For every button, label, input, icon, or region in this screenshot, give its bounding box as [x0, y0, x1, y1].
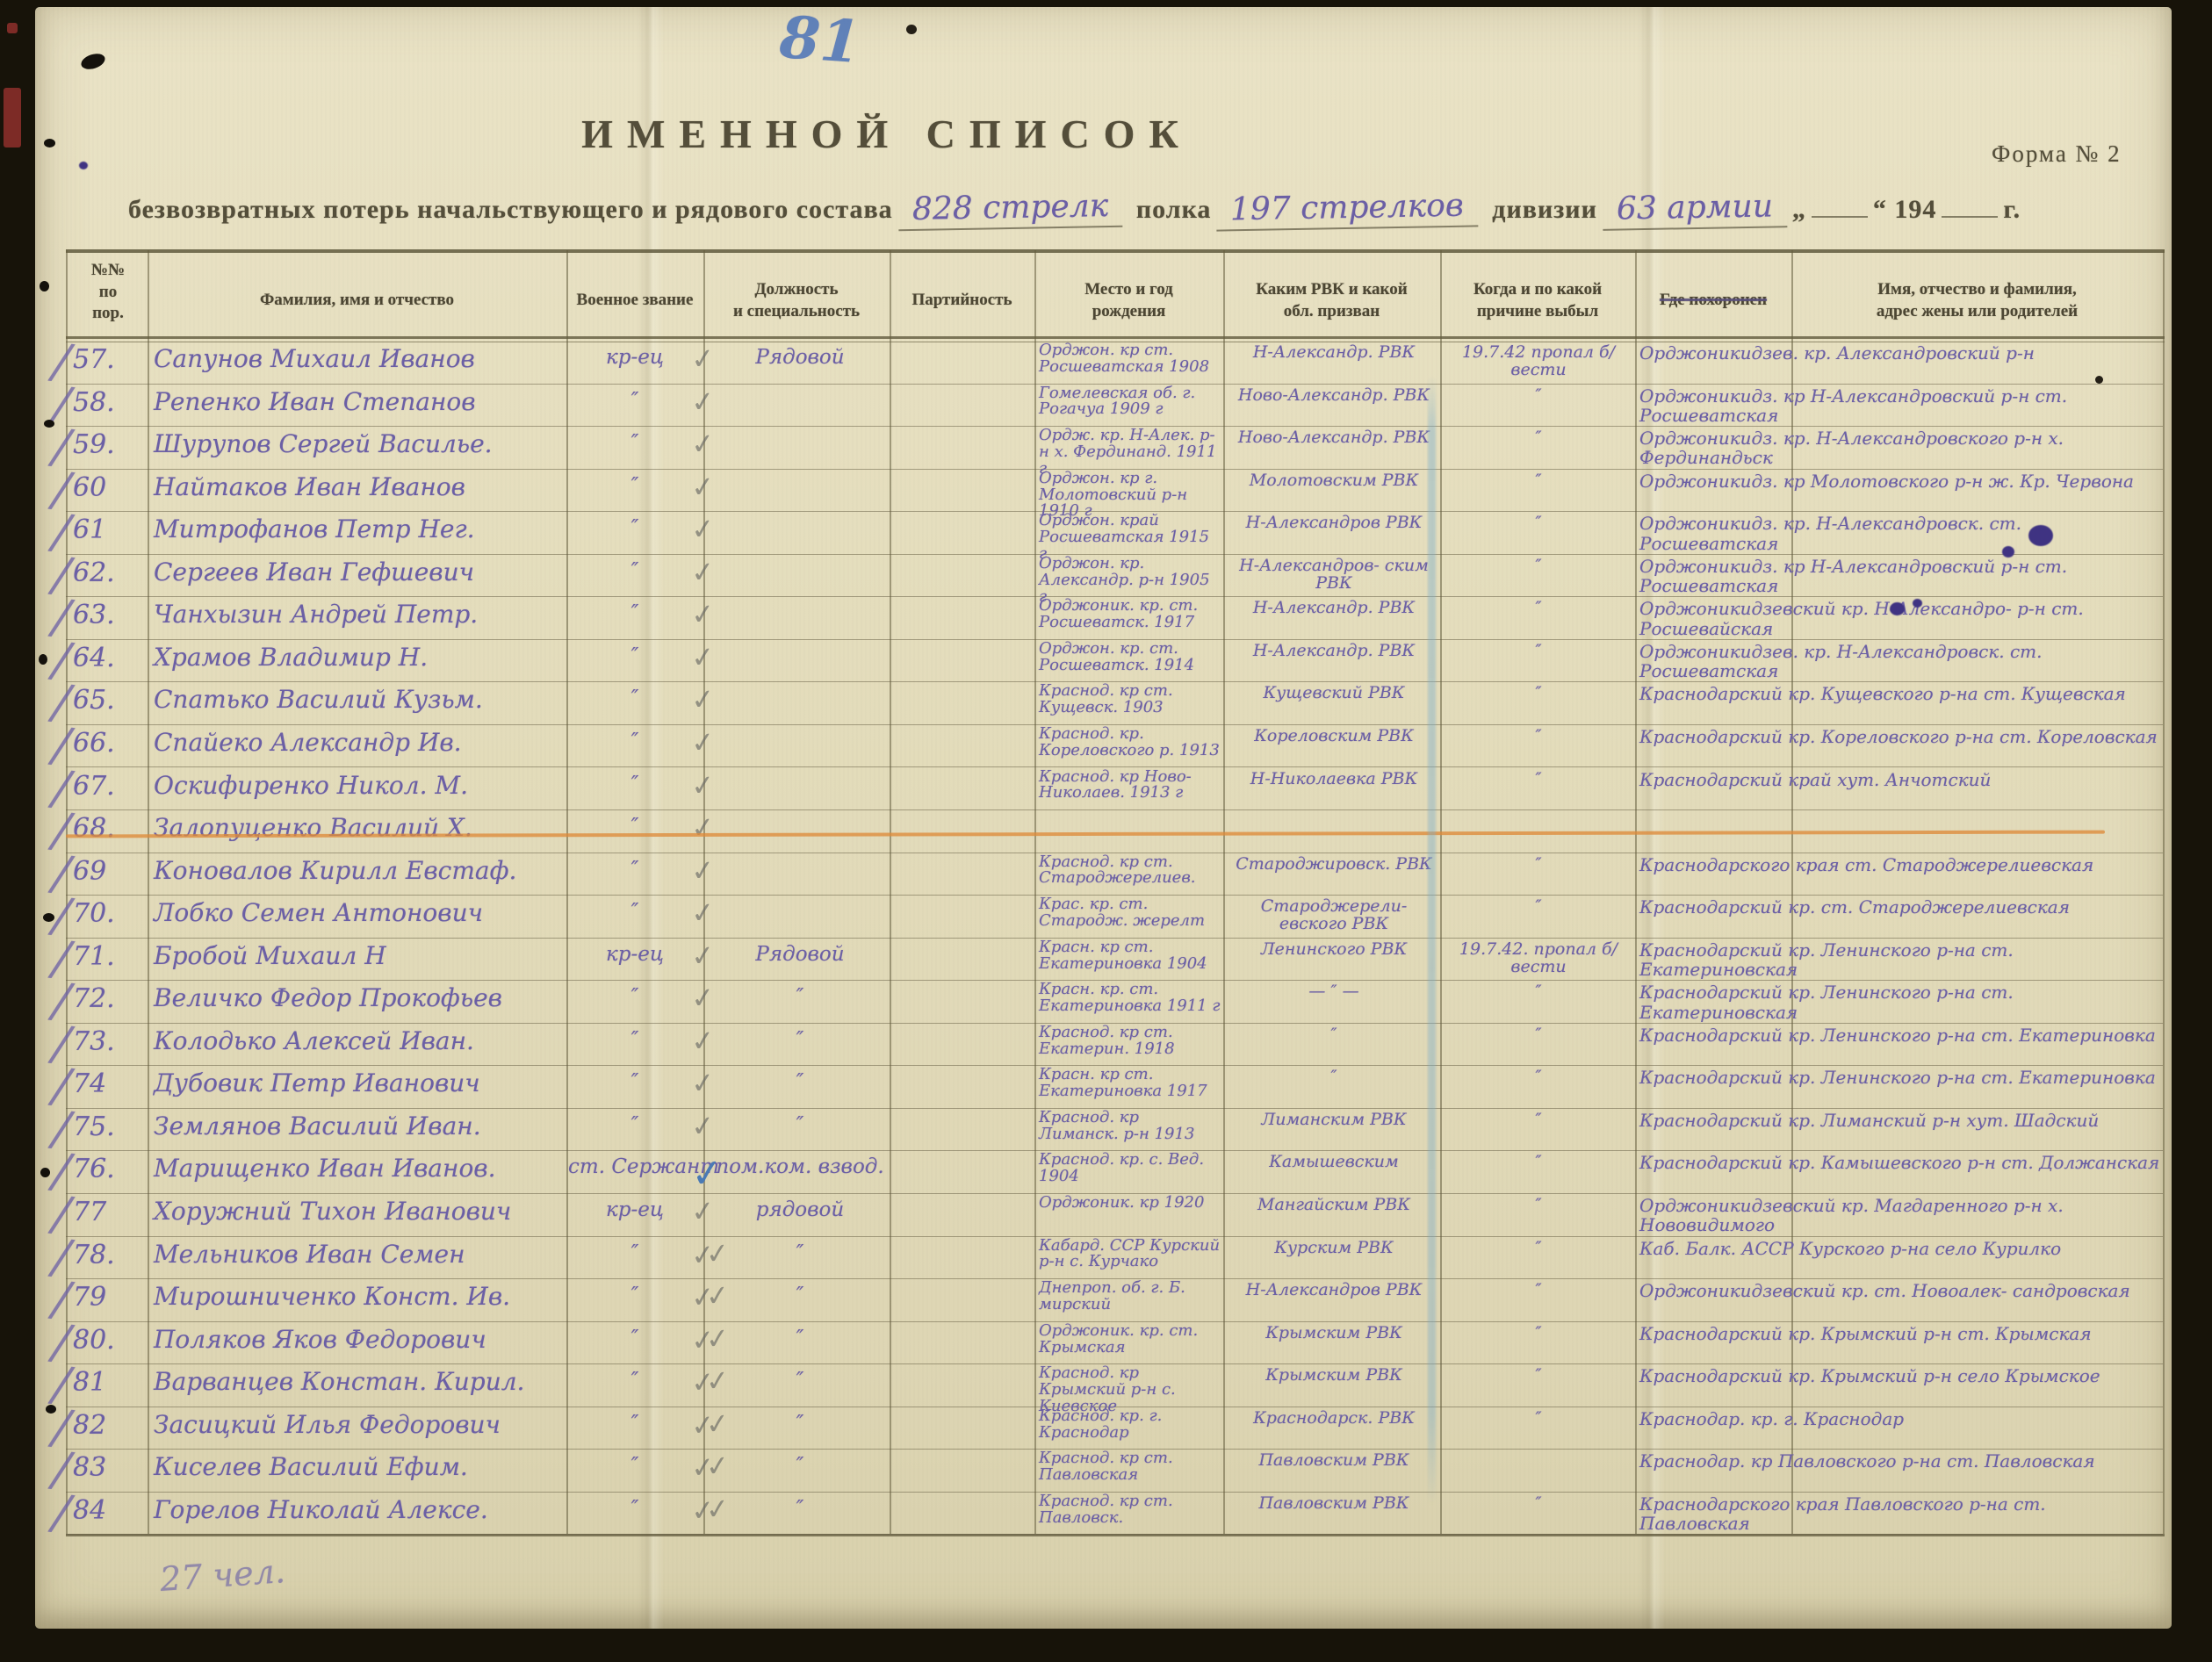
- row-rvk: Ново-Александр. РВК: [1231, 387, 1437, 405]
- row-birthplace: Краснод. кр. г. Краснодар: [1039, 1408, 1221, 1442]
- row-duty: рядовой: [709, 1198, 891, 1221]
- row-rvk: Староджировск. РВК: [1231, 856, 1437, 874]
- row-name: Спатько Василий Кузьм.: [154, 685, 568, 714]
- row-duty: ″: [709, 1070, 891, 1093]
- row-name: Величко Федор Прокофьев: [154, 983, 568, 1012]
- checkmark-icon: ✓: [689, 470, 708, 505]
- row-exit-reason: ″: [1448, 898, 1629, 916]
- row-duty: Рядовой: [709, 346, 891, 369]
- row-name: Сергеев Иван Гефшевич: [154, 558, 568, 586]
- table-row: / 65. Спатько Василий Кузьм. ″ ✓ Краснод…: [66, 681, 2163, 725]
- row-exit-reason: ″: [1448, 558, 1629, 575]
- row-birthplace: Крас. кр. ст. Стародж. жерелт: [1039, 896, 1221, 930]
- ink-blot: [1890, 602, 1905, 615]
- table-row: / 77 Хоружний Тихон Иванович кр-ец ✓ ряд…: [66, 1193, 2163, 1237]
- scanned-document: 81 Форма № 2 ИМЕННОЙ СПИСОК безвозвратны…: [0, 0, 2212, 1662]
- row-exit-reason: ″: [1448, 1282, 1629, 1299]
- row-rank: ″: [568, 730, 702, 752]
- row-exit-reason: 19.7.42. пропал б/вести: [1448, 941, 1629, 976]
- checkmark-icon: ✓: [689, 810, 708, 845]
- row-birthplace: Краснод. кр Лиманск. р-н 1913: [1039, 1110, 1221, 1143]
- row-number: 84: [73, 1495, 147, 1526]
- checkmark-icon: ✓: [689, 853, 708, 889]
- row-number: 72.: [73, 983, 147, 1014]
- row-duty: пом.ком. взвод.: [709, 1155, 891, 1178]
- row-duty: ″: [709, 1497, 891, 1520]
- checkmark-icon: ✓: [689, 939, 708, 974]
- row-rank: ″: [568, 389, 702, 412]
- table-row: / 72. Величко Федор Прокофьев ″ ✓ ″ Крас…: [66, 980, 2163, 1024]
- row-birthplace: Краснод. кр ст. Екатерин. 1918: [1039, 1025, 1221, 1058]
- row-name: Храмов Владимир Н.: [154, 643, 568, 672]
- row-address: Краснодарский кр. Крымский р-н ст. Крымс…: [1639, 1324, 2161, 1343]
- row-rvk: Н-Александр. РВК: [1231, 600, 1437, 617]
- row-rank: кр-ец: [568, 943, 702, 966]
- table-row: / 84 Горелов Николай Алексе. ″ ✓✓ ″ Крас…: [66, 1492, 2163, 1536]
- row-duty: ″: [709, 1241, 891, 1264]
- row-exit-reason: ″: [1448, 1026, 1629, 1044]
- row-rvk: Мангайским РВК: [1231, 1197, 1437, 1214]
- row-name: Бробой Михаил Н: [154, 941, 568, 970]
- row-rank: кр-ец: [568, 1198, 702, 1221]
- torn-edge-hole: [40, 281, 49, 291]
- row-address: Краснодарский кр. Кущевского р-на ст. Ку…: [1639, 684, 2161, 703]
- row-number: 78.: [73, 1240, 147, 1270]
- row-name: Чанхызин Андрей Петр.: [154, 600, 568, 629]
- row-duty: ″: [709, 1327, 891, 1349]
- row-name: Найтаков Иван Иванов: [154, 472, 568, 501]
- row-rvk: Н-Николаевка РВК: [1231, 771, 1437, 788]
- row-rank: ″: [568, 900, 702, 923]
- table-row: / 81 Варванцев Констан. Кирил. ″ ✓✓ ″ Кр…: [66, 1363, 2163, 1407]
- table-row: / 76. Марищенко Иван Иванов. ст. Сержант…: [66, 1150, 2163, 1194]
- row-rank: ″: [568, 1327, 702, 1349]
- row-birthplace: Днепроп. об. г. Б. мирский: [1039, 1280, 1221, 1313]
- row-birthplace: Красн. кр. ст. Екатериновка 1911 г: [1039, 982, 1221, 1015]
- row-exit-reason: ″: [1448, 472, 1629, 490]
- row-number: 58.: [73, 387, 147, 418]
- row-rank: ″: [568, 1497, 702, 1520]
- row-exit-reason: ″: [1448, 771, 1629, 788]
- row-rvk: Курским РВК: [1231, 1240, 1437, 1257]
- row-rvk: Н-Александров- ским РВК: [1231, 558, 1437, 593]
- row-address: Краснодарский кр. Ленинского р-на ст. Ек…: [1639, 1068, 2161, 1087]
- row-rank: ″: [568, 601, 702, 624]
- row-rvk: Н-Александров РВК: [1231, 1282, 1437, 1299]
- row-rvk: Лиманским РВК: [1231, 1112, 1437, 1129]
- row-duty: ″: [709, 1113, 891, 1136]
- row-name: Шурупов Сергей Василье.: [154, 429, 568, 458]
- row-birthplace: Кабард. ССР Курский р-н с. Курчако: [1039, 1238, 1221, 1271]
- row-rank: ст. Сержант: [568, 1155, 702, 1178]
- row-address: Орджоникидзев. кр. Александровский р-н: [1639, 343, 2161, 363]
- checkmark-icon: ✓: [689, 1194, 708, 1229]
- checkmark-icon: ✓: [689, 385, 708, 420]
- row-rvk: Камышевским: [1231, 1154, 1437, 1171]
- row-duty: Рядовой: [709, 943, 891, 966]
- paper-speck: [2095, 376, 2103, 384]
- table-row: / 74 Дубовик Петр Иванович ″ ✓ ″ Красн. …: [66, 1065, 2163, 1109]
- table-row: / 66. Спайеко Александр Ив. ″ ✓ Краснод.…: [66, 724, 2163, 768]
- row-rvk: Н-Александр. РВК: [1231, 344, 1437, 362]
- row-rvk: Н-Александр. РВК: [1231, 643, 1437, 660]
- row-exit-reason: ″: [1448, 1240, 1629, 1257]
- row-rvk: Крымским РВК: [1231, 1367, 1437, 1385]
- row-rank: ″: [568, 1454, 702, 1477]
- checkmark-icon: ✓: [689, 768, 708, 803]
- row-number: 66.: [73, 728, 147, 759]
- row-address: Орджоникидзевский кр. ст. Новоалек- санд…: [1639, 1281, 2161, 1300]
- table-row: / 69 Коновалов Кирилл Евстаф. ″ ✓ Красно…: [66, 853, 2163, 896]
- row-exit-reason: ″: [1448, 728, 1629, 745]
- row-name: Залопуценко Василий Х.: [154, 813, 568, 842]
- row-name: Варванцев Констан. Кирил.: [154, 1367, 568, 1396]
- row-exit-reason: ″: [1448, 1325, 1629, 1342]
- row-number: 61: [73, 514, 147, 545]
- row-birthplace: Орджон. кр. ст. Росшеватск. 1914: [1039, 641, 1221, 674]
- table-row: / 79 Мирошниченко Конст. Ив. ″ ✓✓ ″ Днеп…: [66, 1278, 2163, 1322]
- row-rank: ″: [568, 1412, 702, 1435]
- table-row: / 63. Чанхызин Андрей Петр. ″ ✓ Орджоник…: [66, 596, 2163, 640]
- row-rvk: — ″ —: [1231, 983, 1437, 1001]
- table-row: / 78. Мельников Иван Семен ″ ✓✓ ″ Кабард…: [66, 1236, 2163, 1280]
- row-address: Краснодарский кр. Крымский р-н село Крым…: [1639, 1366, 2161, 1385]
- row-number: 77: [73, 1197, 147, 1227]
- checkmark-icon: ✓: [689, 981, 708, 1016]
- row-birthplace: Краснод. кр. Кореловского р. 1913: [1039, 726, 1221, 759]
- row-number: 83: [73, 1452, 147, 1483]
- row-rank: кр-ец: [568, 346, 702, 369]
- row-name: Коновалов Кирилл Евстаф.: [154, 856, 568, 885]
- row-birthplace: Орджоник. кр. ст. Росшеватск. 1917: [1039, 598, 1221, 631]
- torn-edge-hole: [39, 654, 47, 665]
- torn-edge-hole: [40, 1168, 50, 1177]
- row-address: Краснодарского края ст. Староджерелиевск…: [1639, 855, 2161, 874]
- row-rvk: ″: [1231, 1026, 1437, 1044]
- row-birthplace: Краснод. кр ст. Староджерелиев.: [1039, 854, 1221, 888]
- row-number: 59.: [73, 429, 147, 460]
- row-address: Краснодарский край хут. Анчотский: [1639, 770, 2161, 789]
- row-address: Орджоникидзевский кр. Магдаренного р-н х…: [1639, 1196, 2161, 1235]
- table-body: / 57. Сапунов Михаил Иванов кр-ец ✓ Рядо…: [0, 0, 2212, 1662]
- row-rank: ″: [568, 474, 702, 497]
- row-rank: ″: [568, 1284, 702, 1306]
- torn-edge-hole: [44, 139, 55, 147]
- row-rvk: Кореловским РВК: [1231, 728, 1437, 745]
- row-birthplace: Орджоник. кр 1920: [1039, 1195, 1221, 1212]
- row-rank: ″: [568, 1028, 702, 1051]
- row-rank: ″: [568, 858, 702, 881]
- row-rank: ″: [568, 985, 702, 1008]
- row-number: 75.: [73, 1112, 147, 1142]
- row-number: 82: [73, 1410, 147, 1441]
- row-name: Горелов Николай Алексе.: [154, 1495, 568, 1524]
- row-rank: ″: [568, 687, 702, 709]
- row-rank: ″: [568, 559, 702, 582]
- row-rank: ″: [568, 1369, 702, 1392]
- checkmark-icon: ✓: [689, 555, 708, 590]
- row-exit-reason: ″: [1448, 856, 1629, 874]
- row-rvk: Ново-Александр. РВК: [1231, 429, 1437, 447]
- row-exit-reason: ″: [1448, 1068, 1629, 1086]
- row-number: 71.: [73, 941, 147, 972]
- page-number-annotation: 81: [777, 3, 862, 76]
- row-address: Краснодарский кр. Лиманский р-н хут. Шад…: [1639, 1111, 2161, 1130]
- checkmark-icon: ✓: [689, 1109, 708, 1144]
- row-number: 67.: [73, 771, 147, 802]
- row-address: Краснодарский кр. ст. Староджерелиевская: [1639, 897, 2161, 917]
- row-exit-reason: ″: [1448, 1154, 1629, 1171]
- checkmark-icon: ✓: [689, 640, 708, 675]
- row-exit-reason: ″: [1448, 429, 1629, 447]
- row-exit-reason: ″: [1448, 1410, 1629, 1428]
- table-row: / 71. Бробой Михаил Н кр-ец ✓ Рядовой Кр…: [66, 938, 2163, 982]
- row-rank: ″: [568, 1113, 702, 1136]
- row-address: Орджоникидз. кр. Н-Александровск. ст. Ро…: [1639, 514, 2161, 553]
- checkmark-icon: ✓: [689, 725, 708, 760]
- table-row: / 70. Лобко Семен Антонович ″ ✓ Крас. кр…: [66, 895, 2163, 939]
- row-exit-reason: ″: [1448, 983, 1629, 1001]
- row-address: Краснодарский кр. Камышевского р-н ст. Д…: [1639, 1153, 2161, 1172]
- row-name: Мирошниченко Конст. Ив.: [154, 1282, 568, 1311]
- row-duty: ″: [709, 1028, 891, 1051]
- row-address: Краснодарский кр. Ленинского р-на ст. Ек…: [1639, 940, 2161, 980]
- row-number: 64.: [73, 643, 147, 673]
- row-address: Краснодарский кр. Кореловского р-на ст. …: [1639, 727, 2161, 746]
- row-address: Краснодар. кр. г. Краснодар: [1639, 1409, 2161, 1428]
- row-duty: ″: [709, 1454, 891, 1477]
- table-row: / 58. Репенко Иван Степанов ″ ✓ Гомелевс…: [66, 384, 2163, 428]
- row-address: Каб. Балк. АССР Курского р-на село Курил…: [1639, 1239, 2161, 1258]
- row-birthplace: Краснод. кр ст. Павловская: [1039, 1450, 1221, 1484]
- row-rvk: Ленинского РВК: [1231, 941, 1437, 959]
- row-exit-reason: ″: [1448, 1367, 1629, 1385]
- row-birthplace: Орджон. кр ст. Росшеватская 1908: [1039, 342, 1221, 376]
- row-name: Митрофанов Петр Нег.: [154, 514, 568, 543]
- table-row: / 67. Оскифиренко Никол. М. ″ ✓ Краснод.…: [66, 767, 2163, 811]
- row-birthplace: Краснод. кр. с. Вед. 1904: [1039, 1152, 1221, 1185]
- row-birthplace: Краснод. кр ст. Павловск.: [1039, 1493, 1221, 1527]
- row-number: 80.: [73, 1325, 147, 1356]
- row-rvk: ″: [1231, 1068, 1437, 1086]
- table-row: / 75. Землянов Василий Иван. ″ ✓ ″ Красн…: [66, 1108, 2163, 1152]
- row-name: Хоружний Тихон Иванович: [154, 1197, 568, 1226]
- row-number: 65.: [73, 685, 147, 716]
- row-number: 70.: [73, 898, 147, 929]
- row-exit-reason: ″: [1448, 387, 1629, 405]
- row-rank: ″: [568, 431, 702, 454]
- row-rank: ″: [568, 516, 702, 539]
- row-exit-reason: ″: [1448, 514, 1629, 532]
- row-birthplace: Гомелевская об. г. Рогачуа 1909 г: [1039, 385, 1221, 419]
- row-name: Поляков Яков Федорович: [154, 1325, 568, 1354]
- row-duty: ″: [709, 985, 891, 1008]
- row-rank: ″: [568, 815, 702, 838]
- row-address: Краснодар. кр Павловского р-на ст. Павло…: [1639, 1451, 2161, 1471]
- row-address: Орджоникидз. кр. Н-Александровского р-н …: [1639, 428, 2161, 468]
- row-address: Краснодарский кр. Ленинского р-на ст. Ек…: [1639, 1025, 2161, 1045]
- table-row: / 64. Храмов Владимир Н. ″ ✓ Орджон. кр.…: [66, 639, 2163, 683]
- row-exit-reason: ″: [1448, 685, 1629, 702]
- row-number: 69: [73, 856, 147, 887]
- ink-blot: [79, 162, 88, 169]
- checkmark-icon: ✓: [689, 1067, 708, 1102]
- row-rvk: Молотовским РВК: [1231, 472, 1437, 490]
- torn-edge-hole: [43, 913, 54, 922]
- row-address: Орджоникидз. кр Молотовского р-н ж. Кр. …: [1639, 471, 2161, 491]
- row-name: Лобко Семен Антонович: [154, 898, 568, 927]
- row-address: Краснодарского края Павловского р-на ст.…: [1639, 1494, 2161, 1534]
- row-rvk: Кущевский РВК: [1231, 685, 1437, 702]
- ink-blot: [1913, 599, 1922, 608]
- ink-blot: [2002, 546, 2014, 558]
- row-exit-reason: ″: [1448, 643, 1629, 660]
- row-rank: ″: [568, 644, 702, 667]
- checkmark-icon: ✓: [689, 896, 708, 931]
- row-number: 76.: [73, 1154, 147, 1184]
- row-name: Репенко Иван Степанов: [154, 387, 568, 416]
- row-number: 68.: [73, 813, 147, 844]
- row-exit-reason: ″: [1448, 1112, 1629, 1129]
- row-number: 81: [73, 1367, 147, 1398]
- table-row: / 59. Шурупов Сергей Василье. ″ ✓ Ордж. …: [66, 426, 2163, 470]
- row-duty: ″: [709, 1369, 891, 1392]
- torn-edge-hole: [44, 420, 54, 428]
- table-row: / 62. Сергеев Иван Гефшевич ″ ✓ Орджон. …: [66, 554, 2163, 598]
- row-duty: ″: [709, 1284, 891, 1306]
- table-row: / 73. Колодько Алексей Иван. ″ ✓ ″ Красн…: [66, 1023, 2163, 1067]
- table-row: / 68. Залопуценко Василий Х. ″ ✓: [66, 809, 2163, 853]
- table-row: / 57. Сапунов Михаил Иванов кр-ец ✓ Рядо…: [66, 341, 2163, 385]
- row-rvk: Н-Александров РВК: [1231, 514, 1437, 532]
- row-name: Землянов Василий Иван.: [154, 1112, 568, 1140]
- table-row: / 82 Засицкий Илья Федорович ″ ✓✓ ″ Крас…: [66, 1407, 2163, 1450]
- torn-edge-hole: [46, 1405, 56, 1414]
- ink-blot: [2028, 525, 2053, 546]
- row-number: 74: [73, 1068, 147, 1099]
- table-row: / 61 Митрофанов Петр Нег. ″ ✓ Орджон. кр…: [66, 511, 2163, 555]
- row-duty: ″: [709, 1412, 891, 1435]
- row-birthplace: Красн. кр ст. Екатериновка 1904: [1039, 939, 1221, 973]
- row-name: Марищенко Иван Иванов.: [154, 1154, 568, 1183]
- row-number: 62.: [73, 558, 147, 588]
- row-exit-reason: 19.7.42 пропал б/вести: [1448, 344, 1629, 379]
- row-exit-reason: ″: [1448, 1197, 1629, 1214]
- row-birthplace: Краснод. кр Ново-Николаев. 1913 г: [1039, 769, 1221, 802]
- row-name: Колодько Алексей Иван.: [154, 1026, 568, 1055]
- checkmark-icon: ✓: [689, 683, 708, 718]
- row-address: Орджоникидз. кр Н-Александровский р-н ст…: [1639, 386, 2161, 426]
- row-number: 73.: [73, 1026, 147, 1057]
- row-name: Засицкий Илья Федорович: [154, 1410, 568, 1439]
- checkmark-icon: ✓: [689, 1024, 708, 1059]
- checkmark-icon: ✓: [689, 512, 708, 547]
- row-rvk: Крымским РВК: [1231, 1325, 1437, 1342]
- row-name: Спайеко Александр Ив.: [154, 728, 568, 757]
- row-rvk: Павловским РВК: [1231, 1495, 1437, 1513]
- row-birthplace: Орджоник. кр. ст. Крымская: [1039, 1323, 1221, 1356]
- row-rank: ″: [568, 773, 702, 795]
- row-name: Киселев Василий Ефим.: [154, 1452, 568, 1481]
- row-rvk: Краснодарск. РВК: [1231, 1410, 1437, 1428]
- paper-speck: [906, 25, 917, 34]
- row-name: Дубовик Петр Иванович: [154, 1068, 568, 1097]
- row-name: Оскифиренко Никол. М.: [154, 771, 568, 800]
- row-number: 63.: [73, 600, 147, 630]
- row-rank: ″: [568, 1070, 702, 1093]
- table-row: / 80. Поляков Яков Федорович ″ ✓✓ ″ Ордж…: [66, 1321, 2163, 1365]
- row-rvk: Павловским РВК: [1231, 1452, 1437, 1470]
- checkmark-icon: ✓: [689, 342, 708, 377]
- row-address: Орджоникидз. кр Н-Александровский р-н ст…: [1639, 557, 2161, 596]
- row-rvk: Староджерели- евского РВК: [1231, 898, 1437, 933]
- table-row: / 83 Киселев Василий Ефим. ″ ✓✓ ″ Красно…: [66, 1449, 2163, 1493]
- row-name: Мельников Иван Семен: [154, 1240, 568, 1269]
- row-birthplace: Краснод. кр ст. Кущевск. 1903: [1039, 683, 1221, 716]
- checkmark-icon: ✓: [689, 427, 708, 462]
- row-exit-reason: ″: [1448, 600, 1629, 617]
- row-number: 79: [73, 1282, 147, 1313]
- checkmark-icon: ✓: [689, 598, 708, 633]
- row-birthplace: Красн. кр ст. Екатериновка 1917: [1039, 1067, 1221, 1100]
- row-number: 57.: [73, 344, 147, 375]
- row-number: 60: [73, 472, 147, 503]
- table-row: / 60 Найтаков Иван Иванов ″ ✓ Орджон. кр…: [66, 469, 2163, 513]
- row-rank: ″: [568, 1241, 702, 1264]
- row-address: Краснодарский кр. Ленинского р-на ст. Ек…: [1639, 982, 2161, 1022]
- row-name: Сапунов Михаил Иванов: [154, 344, 568, 373]
- row-address: Орджоникидзев. кр. Н-Александровск. ст. …: [1639, 642, 2161, 681]
- row-exit-reason: ″: [1448, 1495, 1629, 1513]
